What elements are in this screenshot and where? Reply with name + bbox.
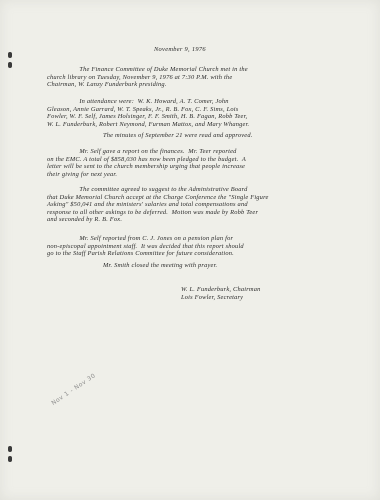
punch-mark <box>8 62 12 68</box>
paragraph-meeting-intro: The Finance Committee of Duke Memorial C… <box>47 66 339 89</box>
paragraph-pension-report: Mr. Self reported from C. J. Jones on a … <box>47 235 339 258</box>
punch-mark <box>8 52 12 58</box>
document-page: November 9, 1976 The Finance Committee o… <box>0 0 380 500</box>
punch-mark <box>8 456 12 462</box>
paragraph-finance-report: Mr. Self gave a report on the finances. … <box>47 148 339 178</box>
pencil-annotation: Nov 1 - Nov 30 <box>50 372 97 407</box>
punch-mark <box>8 446 12 452</box>
paragraph-attendance: In attendance were: W. K. Howard, A. T. … <box>47 98 339 128</box>
paragraph-minutes-approved: The minutes of September 21 were read an… <box>103 132 380 140</box>
paragraph-committee-agreement: The committee agreed to suggest to the A… <box>47 186 339 224</box>
document-date: November 9, 1976 <box>154 46 206 54</box>
signature-secretary: Lois Fowler, Secretary <box>181 294 243 301</box>
signature-chairman: W. L. Funderburk, Chairman <box>181 286 261 293</box>
paragraph-closing: Mr. Smith closed the meeting with prayer… <box>103 262 380 270</box>
signature-block: W. L. Funderburk, Chairman Lois Fowler, … <box>181 286 261 301</box>
